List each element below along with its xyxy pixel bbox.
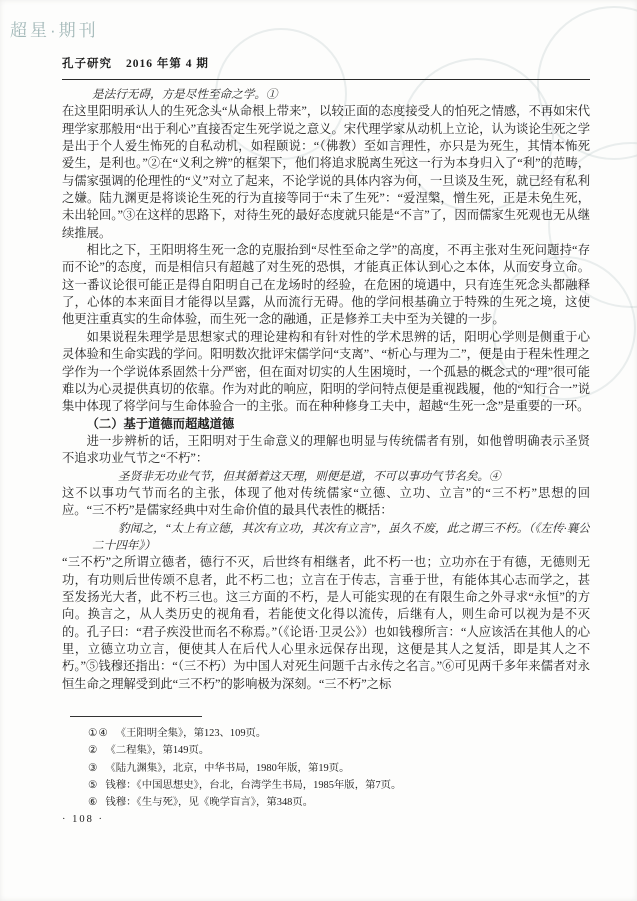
page-number: · 108 · — [62, 814, 104, 825]
footnote-divider — [70, 716, 202, 717]
footnotes-section: ①④《王阳明全集》，第123、109页。②《二程集》，第149页。③《陆九渊集》… — [62, 716, 590, 811]
journal-header: 孔子研究2016 年第 4 期 — [62, 55, 590, 71]
footnote-item: ②《二程集》，第149页。 — [62, 742, 590, 759]
block-quote: 圣贤非无功业气节，但其循着这天理，则便是道，不可以事功气节名矣。④ — [92, 468, 590, 485]
body-paragraph: 这不以事功气节而名的主张，体现了他对传统儒家“立德、立功、立言”的“三不朽”思想… — [62, 485, 590, 520]
footnote-item: ③《陆九渊集》，北京，中华书局，1980年版，第19页。 — [62, 760, 590, 777]
footnote-item: ①④《王阳明全集》，第123、109页。 — [62, 725, 590, 742]
footnote-text: 《陆九渊集》，北京，中华书局，1980年版，第19页。 — [105, 763, 349, 774]
footnote-marker: ③ — [88, 763, 98, 774]
footnote-list: ①④《王阳明全集》，第123、109页。②《二程集》，第149页。③《陆九渊集》… — [62, 725, 590, 811]
scanned-journal-page: 超星·期刊 孔子研究2016 年第 4 期 是法行无碍，方是尽性至命之学。①在这… — [0, 0, 637, 901]
footnote-marker: ② — [88, 745, 98, 756]
footnote-marker: ①④ — [88, 728, 109, 739]
body-paragraph: 在这里阳明承认人的生死念头“从命根上带来”，以较正面的态度接受人的怕死之情感，不… — [62, 103, 590, 242]
body-paragraph: 相比之下，王阳明将生死一念的克服抬到“尽性至命之学”的高度，不再主张对生死问题持… — [62, 242, 590, 329]
section-heading: （二）基于道德而超越道德 — [62, 416, 590, 433]
footnote-item: ⑤钱穆：《中国思想史》，台北，台湾学生书局，1985年版，第7页。 — [62, 777, 590, 794]
body-paragraph: “三不朽”之所谓立德者，德行不灭，后世终有相继者，此不朽一也；立功亦在于有德，无… — [62, 554, 590, 693]
article-content: 是法行无碍，方是尽性至命之学。①在这里阳明承认人的生死念头“从命根上带来”，以较… — [62, 86, 590, 718]
body-paragraph: 进一步辨析的话，王阳明对于生命意义的理解也明显与传统儒者有别，如他曾明确表示圣贤… — [62, 433, 590, 468]
journal-title: 孔子研究 — [62, 58, 112, 70]
block-quote: 是法行无碍，方是尽性至命之学。① — [92, 86, 590, 103]
footnote-marker: ⑥ — [88, 797, 98, 808]
chaoxing-brand-watermark: 超星·期刊 — [10, 16, 99, 41]
footnote-text: 《二程集》，第149页。 — [105, 745, 209, 756]
footnote-text: 《王阳明全集》，第123、109页。 — [116, 728, 267, 739]
footnote-item: ⑥钱穆：《生与死》，见《晚学盲言》，第348页。 — [62, 794, 590, 811]
body-paragraph: 如果说程朱理学是思想家式的理论建构和有针对性的学术思辨的话，阳明心学则是侧重于心… — [62, 329, 590, 416]
footnote-text: 钱穆：《中国思想史》，台北，台湾学生书局，1985年版，第7页。 — [105, 780, 401, 791]
header-rule — [62, 79, 590, 80]
footnote-marker: ⑤ — [88, 780, 98, 791]
block-quote: 豹闻之，“太上有立德，其次有立功，其次有立言”，虽久不废，此之谓三不朽。（《左传… — [92, 520, 590, 555]
footnote-text: 钱穆：《生与死》，见《晚学盲言》，第348页。 — [105, 797, 313, 808]
issue-label: 2016 年第 4 期 — [126, 58, 209, 70]
